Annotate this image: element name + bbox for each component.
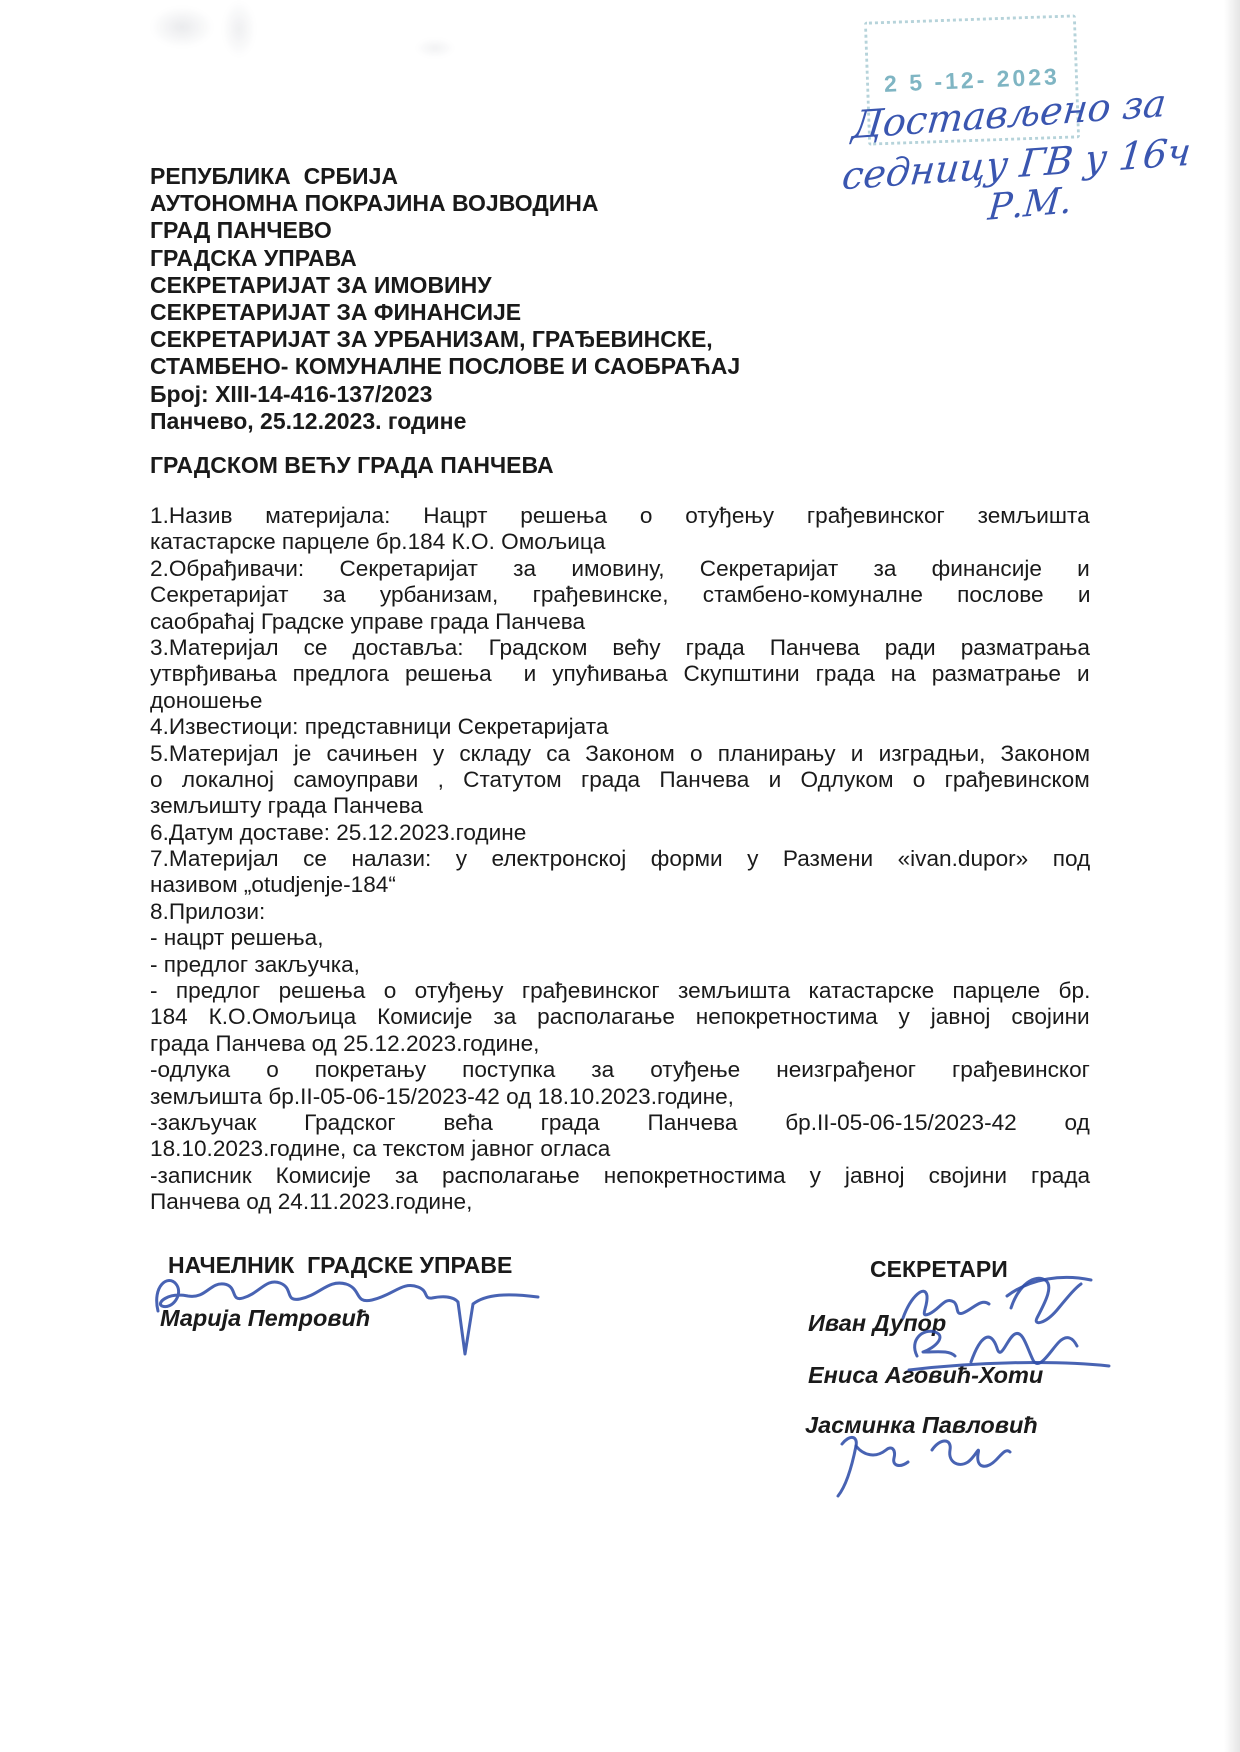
body-line: 6.Датум доставе: 25.12.2023.године: [150, 820, 1090, 846]
body-line: утврђивања предлога решења и упућивања С…: [150, 661, 1090, 687]
body-line: - предлог решења о отуђењу грађевинског …: [150, 978, 1090, 1004]
body-line: -одлука о покретању поступка за отуђење …: [150, 1057, 1090, 1083]
signature-ink-pavlovic: [828, 1428, 1023, 1503]
body-line: саобраћај Градске управе града Панчева: [150, 609, 1090, 635]
letterhead-line: СЕКРЕТАРИЈАТ ЗА ИМОВИНУ: [150, 272, 740, 299]
body-line: 18.10.2023.године, са текстом јавног огл…: [150, 1136, 1090, 1162]
scan-smudge: [222, 0, 256, 58]
body-line: 1.Назив материјала: Нацрт решења о отуђе…: [150, 503, 1090, 529]
body-line: називом „otudjenje-184“: [150, 872, 1090, 898]
body-line: -закључак Градског већа града Панчева бр…: [150, 1110, 1090, 1136]
body-line: 4.Известиоци: представници Секретаријата: [150, 714, 1090, 740]
scan-edge-shadow: [1224, 0, 1240, 1752]
letterhead: РЕПУБЛИКА СРБИЈА АУТОНОМНА ПОКРАЈИНА ВОЈ…: [150, 163, 740, 435]
body-line: 3.Материјал се доставља: Градском већу г…: [150, 635, 1090, 661]
body-line: о локалној самоуправи , Статутом града П…: [150, 767, 1090, 793]
scan-smudge: [150, 6, 214, 48]
body-line: 7.Материјал се налази: у електронској фо…: [150, 846, 1090, 872]
body-line: - предлог закључка,: [150, 952, 1090, 978]
place-and-date: Панчево, 25.12.2023. године: [150, 408, 740, 435]
letterhead-line: АУТОНОМНА ПОКРАЈИНА ВОЈВОДИНА: [150, 190, 740, 217]
document-body: 1.Назив материјала: Нацрт решења о отуђе…: [150, 503, 1090, 1216]
body-line: - нацрт решења,: [150, 925, 1090, 951]
letterhead-line: РЕПУБЛИКА СРБИЈА: [150, 163, 740, 190]
document-number: Број: XIII-14-416-137/2023: [150, 381, 740, 408]
body-line: земљишту града Панчева: [150, 793, 1090, 819]
body-line: -записник Комисије за располагање непокр…: [150, 1163, 1090, 1189]
letterhead-line: СЕКРЕТАРИЈАТ ЗА ФИНАНСИЈЕ: [150, 299, 740, 326]
body-line: земљишта бр.II-05-06-15/2023-42 од 18.10…: [150, 1084, 1090, 1110]
scanned-document-page: 2 5 -12- 2023 Достављено за седницу ГВ у…: [0, 0, 1240, 1752]
body-line: 184 К.О.Омољица Комисије за располагање …: [150, 1004, 1090, 1030]
scan-smudge: [415, 38, 455, 58]
body-line: доношење: [150, 688, 1090, 714]
signature-ink-left: [148, 1266, 548, 1366]
body-line: 2.Обрађивачи: Секретаријат за имовину, С…: [150, 556, 1090, 582]
letterhead-line: ГРАДСКА УПРАВА: [150, 245, 740, 272]
letterhead-line: СЕКРЕТАРИЈАТ ЗА УРБАНИЗАМ, ГРАЂЕВИНСКЕ,: [150, 326, 740, 353]
body-line: града Панчева од 25.12.2023.године,: [150, 1031, 1090, 1057]
body-line: Панчева од 24.11.2023.године,: [150, 1189, 1090, 1215]
body-line: Секретаријат за урбанизам, грађевинске, …: [150, 582, 1090, 608]
body-line: 8.Прилози:: [150, 899, 1090, 925]
letterhead-line: СТАМБЕНО- КОМУНАЛНЕ ПОСЛОВЕ И САОБРАЋАЈ: [150, 353, 740, 380]
body-line: катастарске парцеле бр.184 К.О. Омољица: [150, 529, 1090, 555]
handwritten-initials: Р.М.: [986, 180, 1073, 229]
body-line: 5.Материјал је сачињен у складу са Закон…: [150, 741, 1090, 767]
letterhead-line: ГРАД ПАНЧЕВО: [150, 217, 740, 244]
signature-ink-agovic: [905, 1322, 1115, 1380]
addressee-line: ГРАДСКОМ ВЕЋУ ГРАДА ПАНЧЕВА: [150, 452, 554, 479]
